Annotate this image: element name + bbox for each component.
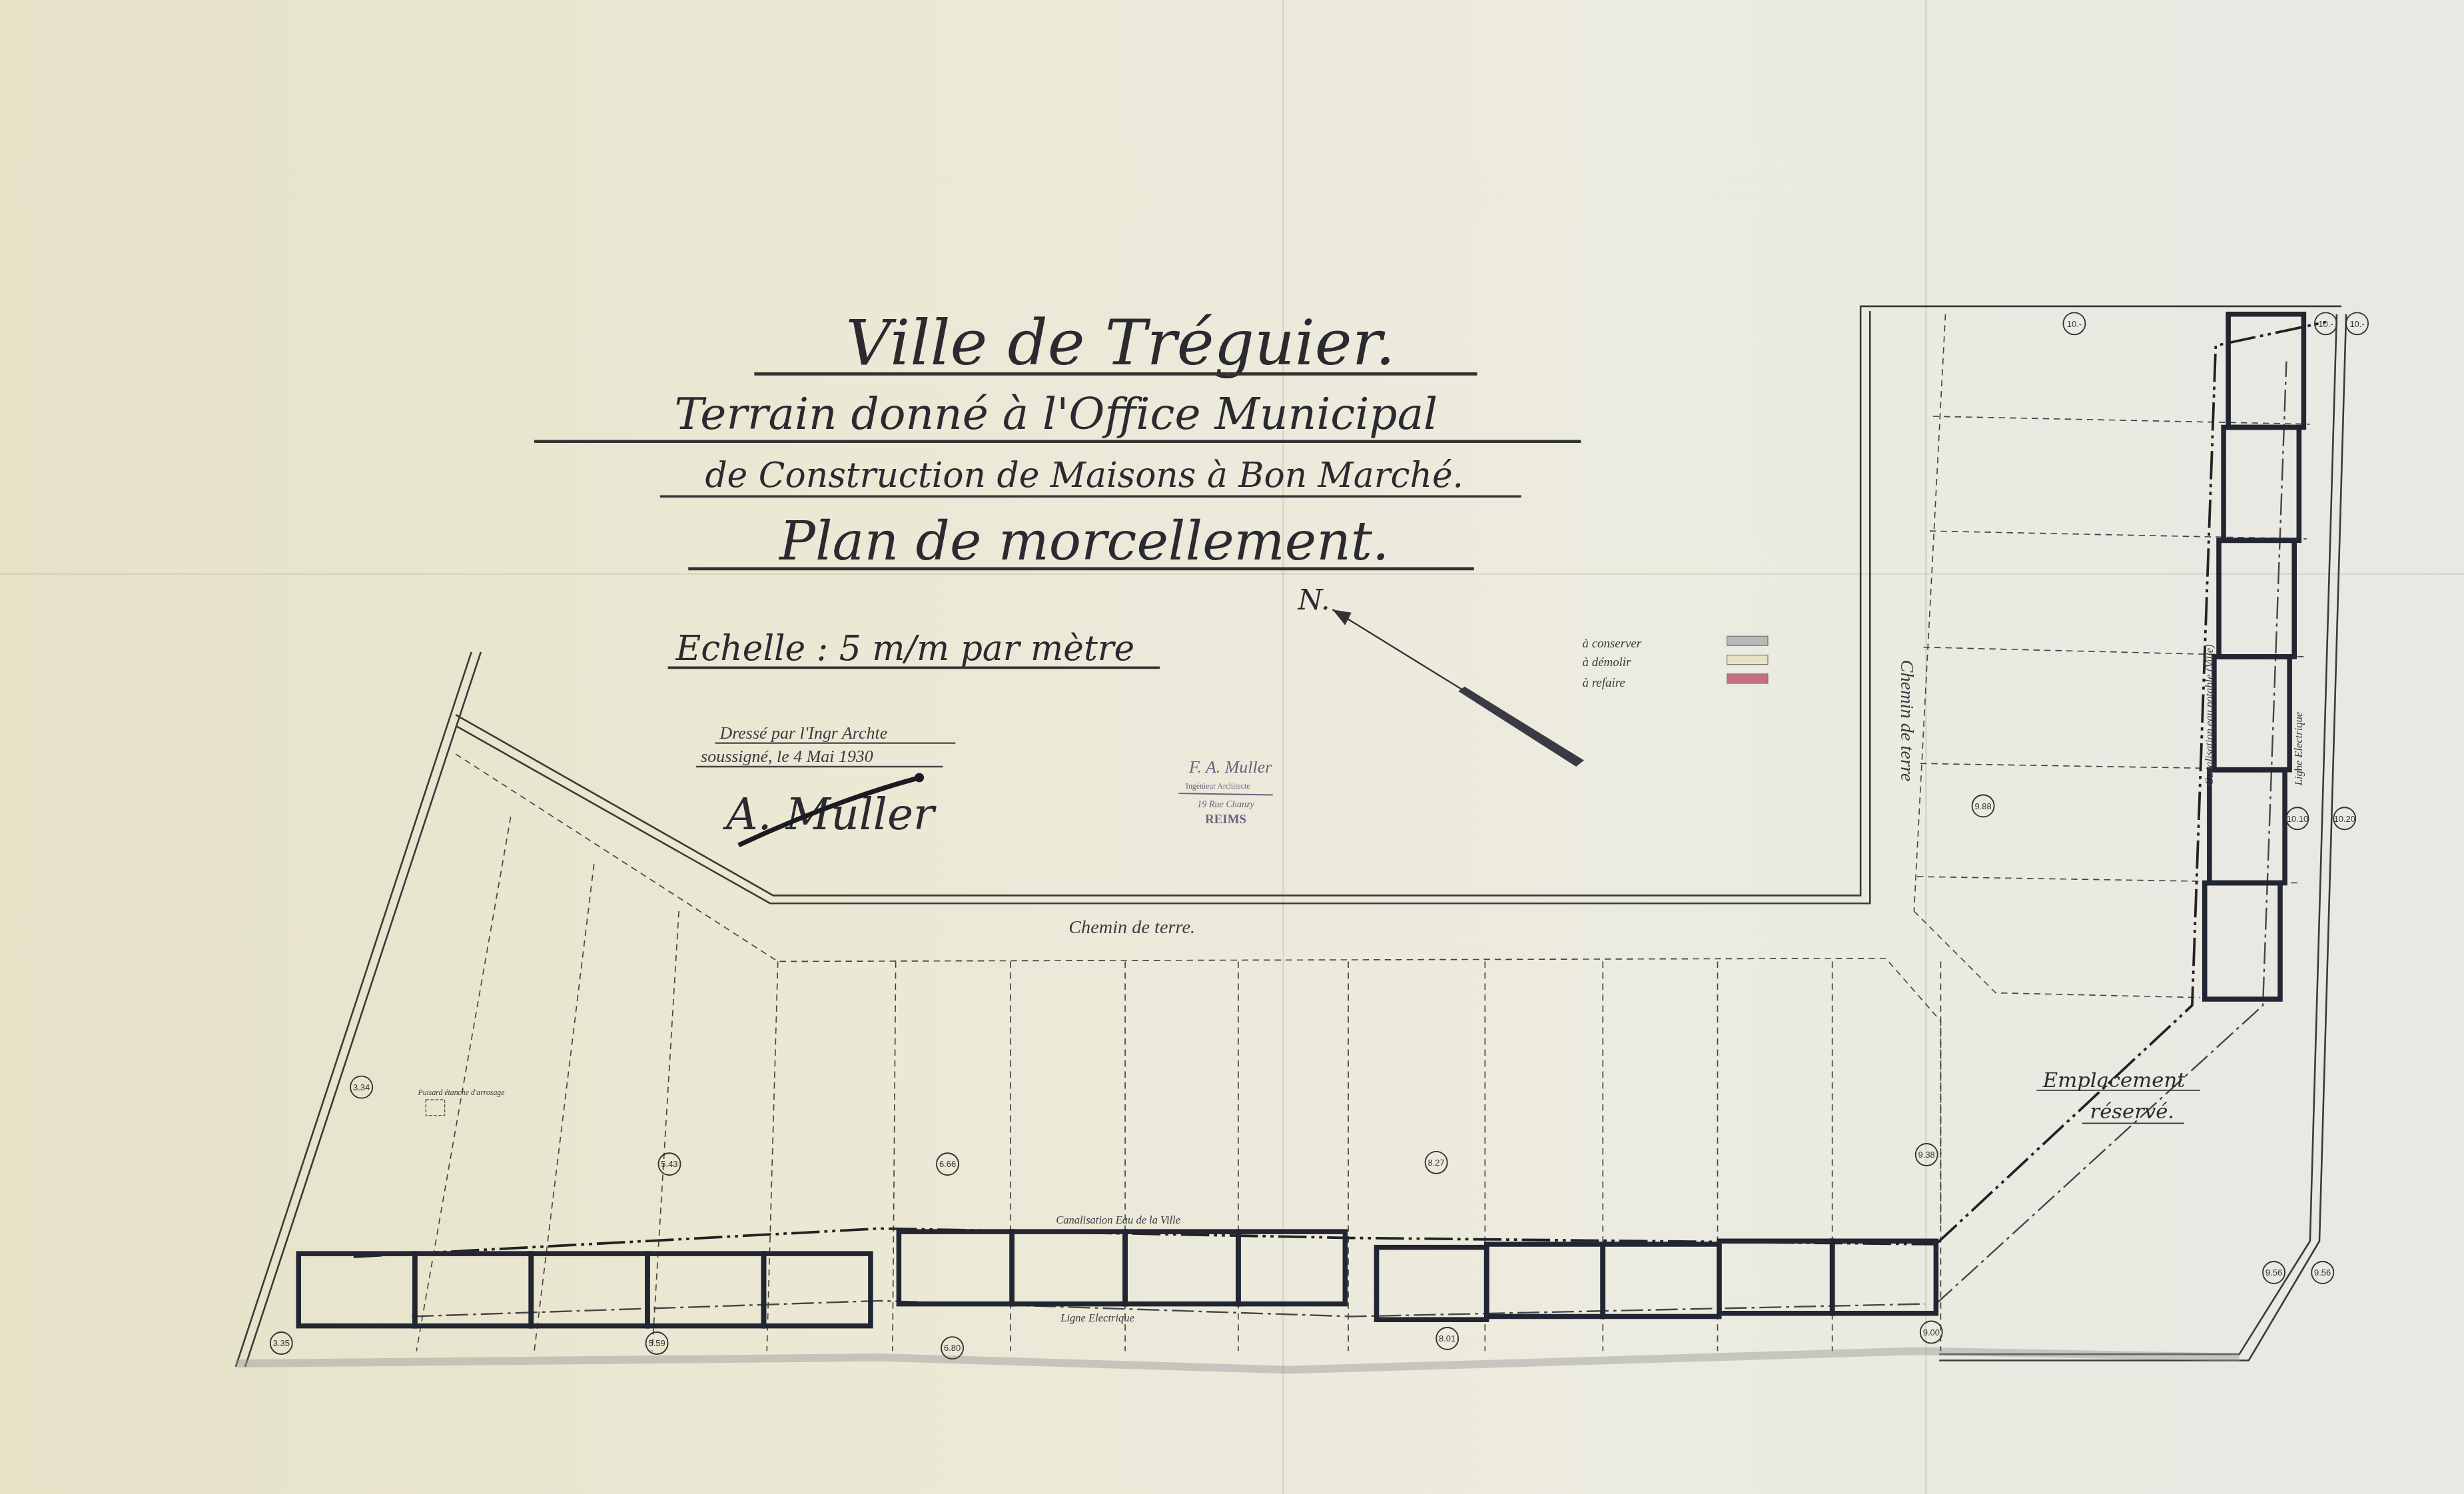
svg-text:5.43: 5.43 <box>661 1159 677 1169</box>
svg-text:6.66: 6.66 <box>939 1159 956 1169</box>
curb-strip <box>236 1351 2240 1369</box>
svg-text:9.38: 9.38 <box>1918 1150 1935 1160</box>
north-label: N. <box>1298 584 1330 617</box>
elevation-marker: 9.00 <box>1920 1321 1942 1343</box>
elevation-marker: 9.56 <box>2263 1262 2285 1284</box>
road-label-horizontal: Chemin de terre. <box>1068 917 1195 938</box>
title-block: Ville de Tréguier. Terrain donné à l'Off… <box>534 306 1581 668</box>
house-row-2 <box>899 1232 1345 1304</box>
water-main-label: Canalisation Eau de la Ville <box>1056 1214 1180 1226</box>
elevation-marker: 5.43 <box>658 1153 680 1175</box>
svg-text:Ingénieur Architecte: Ingénieur Architecte <box>1186 781 1250 791</box>
electric-label-right: Ligne Electrique <box>2292 712 2305 786</box>
elevation-marker: 10.- <box>2063 312 2085 334</box>
svg-text:F. A. Muller: F. A. Muller <box>1188 757 1272 777</box>
svg-text:19 Rue Chanzy: 19 Rue Chanzy <box>1197 799 1254 810</box>
svg-text:10.-: 10.- <box>2318 319 2333 329</box>
house-row-right <box>2205 314 2304 999</box>
svg-text:8.27: 8.27 <box>1428 1158 1445 1168</box>
svg-text:6.80: 6.80 <box>944 1343 961 1353</box>
drawn-by-line: Dressé par l'Ingr Archte <box>719 723 887 743</box>
elevation-marker: 9.56 <box>2311 1262 2333 1284</box>
legend-swatch-rebuild <box>1727 674 1768 683</box>
house-row-1 <box>298 1254 871 1325</box>
svg-text:9.88: 9.88 <box>1975 801 1992 811</box>
reserved-area-label: Emplacement <box>2042 1069 2186 1092</box>
subdivision-plan-drawing: Ville de Tréguier. Terrain donné à l'Off… <box>0 0 2464 1494</box>
elevation-marker: 6.66 <box>937 1153 959 1175</box>
elevation-marker: 9.88 <box>1972 795 1994 817</box>
legend-label-rebuild: à refaire <box>1583 676 1625 690</box>
legend: à conserver à démolir à refaire <box>1583 636 1768 689</box>
svg-text:3.35: 3.35 <box>273 1338 290 1348</box>
svg-text:9.56: 9.56 <box>2314 1268 2331 1278</box>
svg-text:5.59: 5.59 <box>648 1338 665 1348</box>
svg-text:10.20: 10.20 <box>2333 814 2355 824</box>
legend-label-demolish: à démolir <box>1583 655 1631 669</box>
title-office: de Construction de Maisons à Bon Marché. <box>705 456 1463 496</box>
scale-label: Echelle : 5 m/m par mètre <box>675 629 1134 669</box>
svg-text:9.56: 9.56 <box>2265 1268 2282 1278</box>
elevation-marker: 8.01 <box>1436 1327 1458 1349</box>
north-arrow: N. <box>1298 584 1584 767</box>
elevation-marker: 10.20 <box>2333 807 2355 829</box>
svg-text:9.00: 9.00 <box>1923 1327 1940 1337</box>
signature: A. Muller <box>722 789 937 840</box>
svg-text:3.34: 3.34 <box>353 1082 370 1092</box>
house-row-3 <box>1377 1241 1936 1319</box>
water-main-label-right: Canalisation eau potable (Ville) <box>2203 644 2216 785</box>
svg-text:8.01: 8.01 <box>1439 1333 1455 1343</box>
title-subject: Terrain donné à l'Office Municipal <box>674 388 1437 440</box>
elevation-marker: 10.- <box>2346 312 2368 334</box>
legend-swatch-demolish <box>1727 655 1768 665</box>
well-label: Puisard étanche d'arrosage <box>418 1088 505 1097</box>
reserved-area-label-2: réservé. <box>2090 1100 2175 1124</box>
svg-text:REIMS: REIMS <box>1205 813 1246 827</box>
legend-swatch-conserve <box>1727 636 1768 645</box>
electric-line <box>412 361 2286 1316</box>
plan-sheet: Ville de Tréguier. Terrain donné à l'Off… <box>0 0 2464 1494</box>
svg-text:10.10: 10.10 <box>2287 814 2308 824</box>
signature-block: Dressé par l'Ingr Archte soussigné, le 4… <box>696 723 955 845</box>
electric-label: Ligne Electrique <box>1060 1311 1134 1324</box>
elevation-marker: 10.- <box>2315 312 2337 334</box>
title-plan: Plan de morcellement. <box>778 510 1390 572</box>
title-town: Ville de Tréguier. <box>846 306 1396 380</box>
elevation-marker: 3.34 <box>350 1076 372 1098</box>
elevation-marker: 6.80 <box>941 1337 963 1359</box>
well-icon <box>426 1100 444 1116</box>
road-label-vertical: Chemin de terre <box>1896 660 1917 782</box>
date-line: soussigné, le 4 Mai 1930 <box>701 747 873 766</box>
elevation-marker: 10.10 <box>2286 807 2308 829</box>
elevation-marker: 8.27 <box>1426 1152 1447 1174</box>
elevation-marker: 5.59 <box>646 1332 668 1354</box>
elevation-marker: 3.35 <box>270 1332 292 1354</box>
svg-text:10.-: 10.- <box>2067 319 2082 329</box>
svg-text:10.-: 10.- <box>2349 319 2364 329</box>
architect-stamp: F. A. Muller Ingénieur Architecte 19 Rue… <box>1178 757 1273 826</box>
legend-label-conserve: à conserver <box>1583 637 1642 651</box>
elevation-marker: 9.38 <box>1916 1144 1938 1166</box>
